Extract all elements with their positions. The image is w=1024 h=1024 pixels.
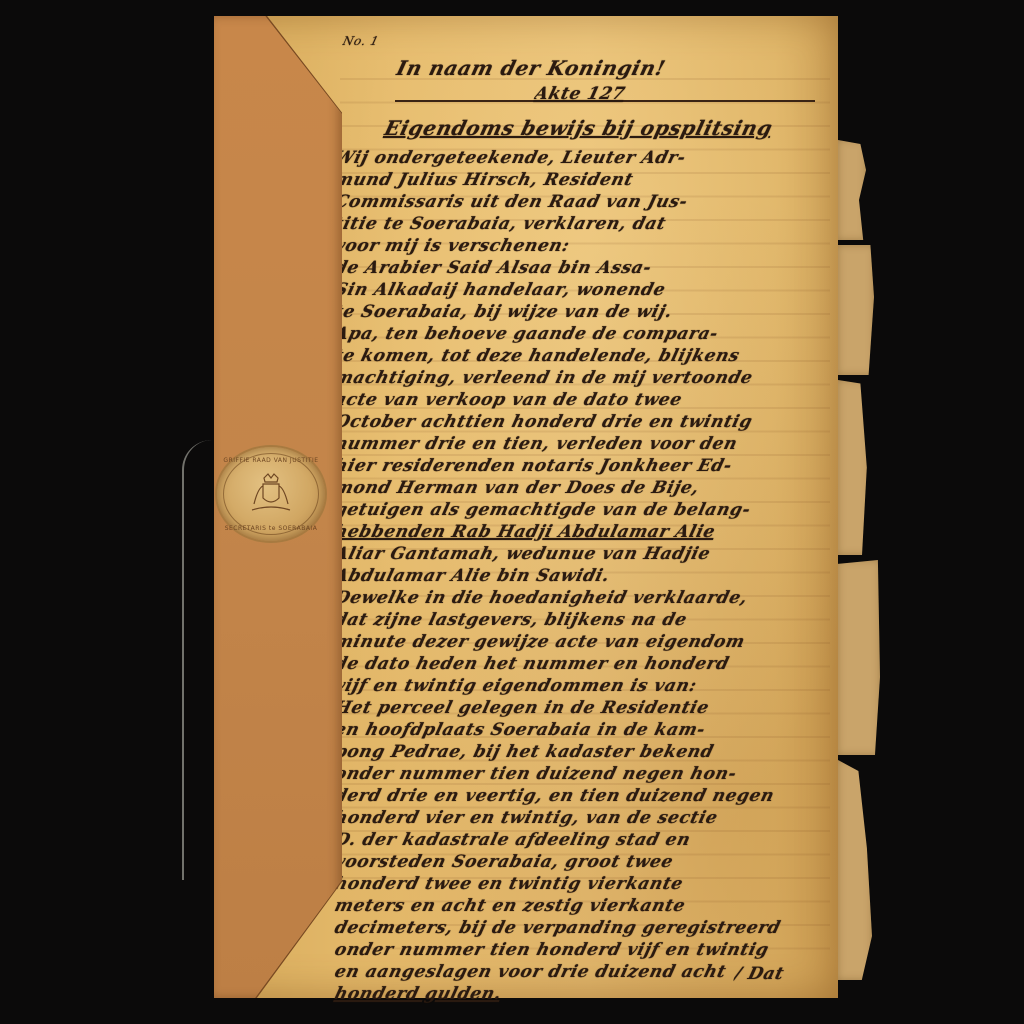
seal-text-bottom: SECRETARIS te SOERABAIA bbox=[217, 525, 325, 532]
body-line: hier residerenden notaris Jonkheer Ed- bbox=[333, 456, 843, 476]
body-line: vijf en twintig eigendommen is van: bbox=[333, 676, 843, 696]
body-line: pong Pedrae, bij het kadaster bekend bbox=[333, 742, 843, 762]
body-line: honderd vier en twintig, van de sectie bbox=[333, 808, 843, 828]
body-line: de Arabier Said Alsaa bin Assa- bbox=[333, 258, 843, 278]
body-line: titie te Soerabaia, verklaren, dat bbox=[333, 214, 843, 234]
document-heading: In naam der Koningin! bbox=[394, 56, 843, 80]
body-line: Commissaris uit den Raad van Jus- bbox=[333, 192, 843, 212]
body-line: machtiging, verleend in de mij vertoonde bbox=[333, 368, 843, 388]
body-line: onder nummer tien honderd vijf en twinti… bbox=[333, 940, 843, 960]
body-line: getuigen als gemachtigde van de belang- bbox=[333, 500, 843, 520]
body-line: Dewelke in die hoedanigheid verklaarde, bbox=[333, 588, 843, 608]
torn-edge bbox=[838, 140, 866, 240]
body-line: Het perceel gelegen in de Residentie bbox=[333, 698, 843, 718]
document-subheading: Eigendoms bewijs bij opsplitsing bbox=[382, 116, 843, 140]
body-line: minute dezer gewijze acte van eigendom bbox=[333, 632, 843, 652]
body-line: meters en acht en zestig vierkante bbox=[333, 896, 843, 916]
body-line: te Soerabaia, bij wijze van de wij. bbox=[333, 302, 843, 322]
continuation-mark: / Dat bbox=[733, 964, 843, 984]
body-line: derd drie en veertig, en tien duizend ne… bbox=[333, 786, 843, 806]
body-line: te komen, tot deze handelende, blijkens bbox=[333, 346, 843, 366]
torn-edge bbox=[838, 380, 870, 555]
torn-edge bbox=[838, 560, 880, 755]
body-line: October achttien honderd drie en twintig bbox=[333, 412, 843, 432]
body-line: Aliar Gantamah, wedunue van Hadjie bbox=[333, 544, 843, 564]
seal-ring bbox=[223, 453, 319, 535]
torn-edge bbox=[838, 760, 872, 980]
body-line: Sin Alkadaij handelaar, wonende bbox=[333, 280, 843, 300]
body-line: hebbenden Rab Hadji Abdulamar Alie bbox=[333, 522, 843, 542]
embossed-seal: GRIFFIE RAAD VAN JUSTITIE SECRETARIS te … bbox=[217, 447, 325, 541]
torn-edge bbox=[838, 245, 874, 375]
body-line: honderd twee en twintig vierkante bbox=[333, 874, 843, 894]
body-line: dat zijne lastgevers, blijkens na de bbox=[333, 610, 843, 630]
body-line: honderd gulden. bbox=[333, 984, 504, 1004]
body-line: Wij ondergeteekende, Lieuter Adr- bbox=[333, 148, 843, 168]
body-line: Abdulamar Alie bin Sawidi. bbox=[333, 566, 843, 586]
body-line: Apa, ten behoeve gaande de compara- bbox=[333, 324, 843, 344]
body-line: de dato heden het nummer en honderd bbox=[333, 654, 843, 674]
body-line: voor mij is verschenen: bbox=[333, 236, 843, 256]
body-line: D. der kadastrale afdeeling stad en bbox=[333, 830, 843, 850]
body-line: mond Herman van der Does de Bije, bbox=[333, 478, 843, 498]
body-line: decimeters, bij de verpanding geregistre… bbox=[333, 918, 843, 938]
body-line: acte van verkoop van de dato twee bbox=[333, 390, 843, 410]
body-line: voorsteden Soerabaia, groot twee bbox=[333, 852, 843, 872]
deed-number: Akte 127 bbox=[533, 84, 843, 104]
seal-text-top: GRIFFIE RAAD VAN JUSTITIE bbox=[217, 457, 325, 464]
handwritten-text: No. 1 In naam der Koningin! Akte 127 Eig… bbox=[335, 30, 840, 990]
body-line: en hoofdplaats Soerabaia in de kam- bbox=[333, 720, 843, 740]
body-line: nummer drie en tien, verleden voor den bbox=[333, 434, 843, 454]
body-line: mund Julius Hirsch, Resident bbox=[333, 170, 843, 190]
corner-note: No. 1 bbox=[341, 34, 841, 48]
body-line: onder nummer tien duizend negen hon- bbox=[333, 764, 843, 784]
document-photo: No. 1 In naam der Koningin! Akte 127 Eig… bbox=[0, 0, 1024, 1024]
